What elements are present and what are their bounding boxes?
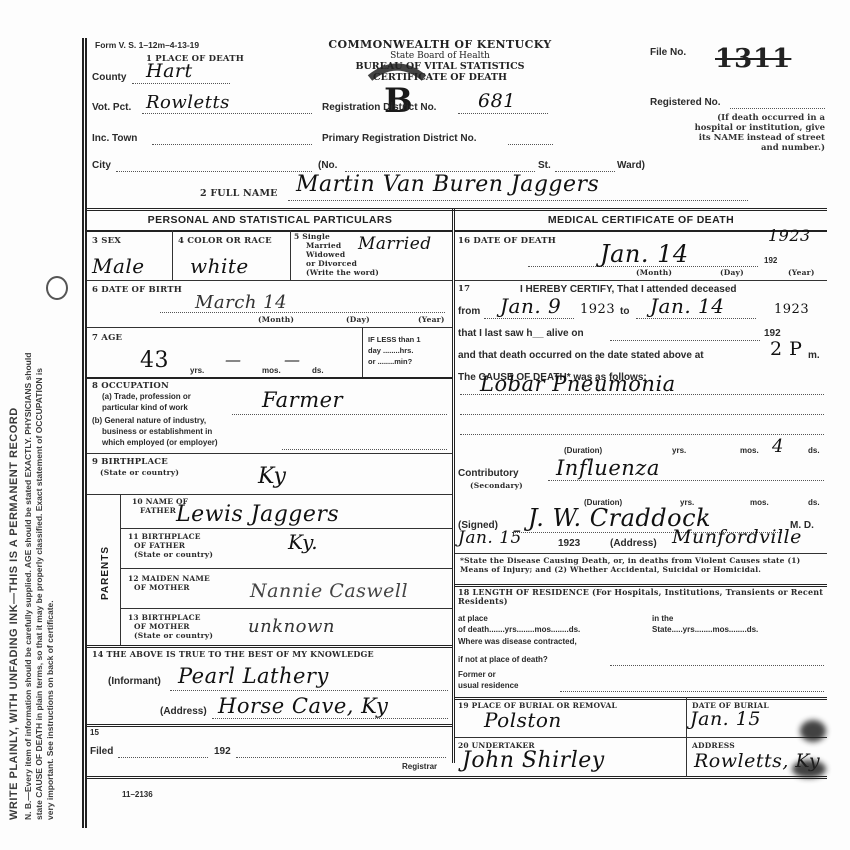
mother-maiden-value[interactable]: Nannie Caswell xyxy=(250,580,408,602)
of-death-label: of death.......yrs........mos........ds. xyxy=(458,625,580,634)
birthplace-label: 9 BIRTHPLACE xyxy=(92,457,168,467)
hospital-note: (If death occurred in a hospital or inst… xyxy=(690,113,825,153)
cause-line-2 xyxy=(460,414,824,415)
vot-pct-line xyxy=(142,113,312,114)
occupation-a-label: (a) Trade, profession or xyxy=(102,392,191,401)
sex-value[interactable]: Male xyxy=(92,254,145,278)
margin-line-3: state CAUSE OF DEATH in plain terms, so … xyxy=(34,30,45,820)
residence-heading: 18 LENGTH OF RESIDENCE (For Hospitals, I… xyxy=(458,588,826,606)
vot-pct-label: Vot. Pct. xyxy=(92,102,131,113)
divider xyxy=(455,697,827,700)
commonwealth-title: COMMONWEALTH OF KENTUCKY xyxy=(320,38,560,51)
margin-instructions: WRITE PLAINLY, WITH UNFADING INK—THIS IS… xyxy=(8,30,56,820)
undertaker-value[interactable]: John Shirley xyxy=(462,748,605,773)
mother-maiden-label-1: 12 MAIDEN NAME xyxy=(128,574,210,583)
form-number: Form V. S. 1–12m–4-13-19 xyxy=(95,40,199,50)
filed-number: 15 xyxy=(90,728,99,737)
age-ds-label: ds. xyxy=(312,366,324,375)
occupation-label: 8 OCCUPATION xyxy=(92,381,169,391)
death-month-label: (Month) xyxy=(636,268,672,277)
death-day-label: (Day) xyxy=(720,268,744,277)
death-year-printed: 192 xyxy=(764,256,777,265)
duration2-ds-label: ds. xyxy=(808,498,820,507)
medical-section-title: MEDICAL CERTIFICATE OF DEATH xyxy=(456,214,826,226)
father-birthplace-label-1: 11 BIRTHPLACE xyxy=(128,532,201,541)
county-value[interactable]: Hart xyxy=(146,60,193,82)
age-years-value[interactable]: 43 xyxy=(140,348,169,373)
occupation-b1-label: (b) General nature of industry, xyxy=(92,416,206,425)
parents-tab-label: PARENTS xyxy=(100,586,111,600)
not-at-place-label: if not at place of death? xyxy=(458,655,548,664)
father-birthplace-label-2: OF FATHER xyxy=(134,541,185,550)
last-saw-text: that I last saw h__ alive on xyxy=(458,328,584,339)
punch-hole-icon xyxy=(46,276,68,300)
mother-maiden-label-2: OF MOTHER xyxy=(134,583,190,592)
vot-pct-value[interactable]: Rowletts xyxy=(146,92,230,113)
city-label: City xyxy=(92,160,111,171)
occupation-value[interactable]: Farmer xyxy=(262,388,343,412)
death-year-label: (Year) xyxy=(788,268,815,277)
signed-address-label: (Address) xyxy=(610,538,657,549)
full-name-line xyxy=(288,200,748,201)
duration-ds-label: ds. xyxy=(808,446,820,455)
cause-line-3 xyxy=(460,434,824,435)
registered-no-line xyxy=(730,108,825,109)
registrar-line xyxy=(236,757,446,758)
signed-date-value[interactable]: Jan. 15 xyxy=(458,528,522,548)
less-than-day-1: IF LESS than 1 xyxy=(368,335,421,344)
signed-address-value[interactable]: Munfordville xyxy=(672,526,802,548)
primary-registration-line xyxy=(508,144,553,145)
in-the-label: in the xyxy=(652,614,673,623)
mother-birthplace-value[interactable]: unknown xyxy=(248,616,335,637)
race-label: 4 COLOR OR RACE xyxy=(178,236,272,246)
ward-label: Ward) xyxy=(617,160,645,171)
birthplace-value[interactable]: Ky xyxy=(258,464,286,489)
occurred-text: and that death occurred on the date stat… xyxy=(458,350,704,361)
county-line xyxy=(132,83,230,84)
occupation-a2-label: particular kind of work xyxy=(102,403,188,412)
dob-month-label: (Month) xyxy=(258,315,294,324)
father-birthplace-label-3: (State or country) xyxy=(134,550,213,559)
inc-town-line xyxy=(152,144,312,145)
date-of-death-label: 16 DATE OF DEATH xyxy=(458,236,556,246)
age-label: 7 AGE xyxy=(92,333,122,343)
marital-label-1: 5 Single xyxy=(294,232,330,241)
employer-line xyxy=(282,449,447,450)
contributory-label: Contributory xyxy=(458,468,519,479)
secondary-label: (Secondary) xyxy=(470,481,523,490)
registration-district-value[interactable]: 681 xyxy=(478,90,516,112)
mother-birthplace-label-1: 13 BIRTHPLACE xyxy=(128,613,201,622)
divider xyxy=(87,724,452,727)
to-value[interactable]: Jan. 14 xyxy=(650,294,725,318)
divider xyxy=(455,280,827,281)
informant-address-line xyxy=(212,718,448,719)
bureau-title: BUREAU OF VITAL STATISTICS xyxy=(320,61,560,72)
registration-district-label: Registration District No. xyxy=(322,102,436,113)
ink-smudge xyxy=(800,720,826,742)
divider xyxy=(362,327,363,377)
father-name-label-2: FATHER xyxy=(140,506,176,515)
burial-place-value[interactable]: Polston xyxy=(484,708,562,732)
marital-value[interactable]: Married xyxy=(358,234,432,254)
birthplace-sub-label: (State or country) xyxy=(100,468,179,477)
race-value[interactable]: white xyxy=(190,254,249,278)
filed-line xyxy=(118,757,208,758)
informant-address-value[interactable]: Horse Cave, Ky xyxy=(218,694,388,718)
margin-line-4: very important. See instructions on back… xyxy=(45,30,56,820)
age-days-value[interactable]: — xyxy=(284,350,301,369)
from-year[interactable]: 1923 xyxy=(580,302,615,317)
margin-line-1: WRITE PLAINLY, WITH UNFADING INK—THIS IS… xyxy=(8,30,23,820)
certify-number: 17 xyxy=(458,284,470,294)
divider xyxy=(120,568,452,569)
marital-label-3: Widowed xyxy=(306,250,345,259)
usual-residence-line xyxy=(560,691,824,692)
divider xyxy=(87,377,452,379)
mother-birthplace-label-3: (State or country) xyxy=(134,631,213,640)
last-saw-line xyxy=(610,340,760,341)
certificate-title: CERTIFICATE OF DEATH xyxy=(320,72,560,83)
burial-date-value[interactable]: Jan. 15 xyxy=(690,708,761,730)
from-value[interactable]: Jan. 9 xyxy=(500,294,561,318)
cause-value[interactable]: Lobar Pneumonia xyxy=(480,372,676,396)
duration2-mos-label: mos. xyxy=(750,498,769,507)
occupation-line xyxy=(232,414,447,415)
county-label: County xyxy=(92,72,126,83)
divider xyxy=(172,230,173,280)
undertaker-address-label: ADDRESS xyxy=(692,741,735,750)
ink-smudge xyxy=(792,760,826,778)
center-divider xyxy=(452,208,455,763)
contributory-value[interactable]: Influenza xyxy=(556,456,660,480)
filed-year: 192 xyxy=(214,746,231,757)
age-yrs-label: yrs. xyxy=(190,366,204,375)
usual-residence-label: usual residence xyxy=(458,681,518,690)
divider xyxy=(120,528,452,529)
filed-label: Filed xyxy=(90,746,113,757)
divider xyxy=(87,776,827,779)
registrar-label: Registrar xyxy=(402,762,437,771)
board-title: State Board of Health xyxy=(320,51,560,61)
primary-registration-label: Primary Registration District No. xyxy=(322,133,476,144)
father-name-value[interactable]: Lewis Jaggers xyxy=(176,502,339,527)
father-birthplace-value[interactable]: Ky. xyxy=(288,530,318,554)
divider xyxy=(87,453,452,454)
time-suffix: m. xyxy=(808,350,820,361)
divider xyxy=(290,230,291,280)
to-label: to xyxy=(620,306,629,317)
inc-town-label: Inc. Town xyxy=(92,133,137,144)
occupation-b3-label: which employed (or employer) xyxy=(102,438,218,447)
less-than-day-2: day ........hrs. xyxy=(368,346,413,355)
dob-label: 6 DATE OF BIRTH xyxy=(92,285,182,295)
file-no-value[interactable]: 1311 xyxy=(715,44,791,74)
left-border xyxy=(82,38,87,828)
footer-code: 11–2136 xyxy=(122,790,153,799)
divider xyxy=(87,230,452,232)
certificate-title-block: COMMONWEALTH OF KENTUCKY State Board of … xyxy=(320,38,560,83)
duration-days-value[interactable]: 4 xyxy=(772,436,784,457)
divider xyxy=(120,608,452,609)
full-name-value[interactable]: Martin Van Buren Jaggers xyxy=(296,172,599,197)
signed-year: 1923 xyxy=(558,538,580,549)
dob-value[interactable]: March 14 xyxy=(195,292,287,313)
informant-heading: 14 THE ABOVE IS TRUE TO THE BEST OF MY K… xyxy=(92,649,374,659)
to-line xyxy=(636,318,756,319)
marital-label-2: Married xyxy=(306,241,341,250)
cause-footnote: *State the Disease Causing Death, or, in… xyxy=(460,556,826,574)
death-certificate: WRITE PLAINLY, WITH UNFADING INK—THIS IS… xyxy=(0,0,850,850)
date-of-death-value[interactable]: Jan. 14 xyxy=(600,240,689,268)
registration-district-line xyxy=(458,113,548,114)
divider xyxy=(87,208,827,211)
street-label: St. xyxy=(538,160,551,171)
less-than-day-3: or ........min? xyxy=(368,357,412,366)
registered-no-label: Registered No. xyxy=(650,97,721,108)
mother-birthplace-label-2: OF MOTHER xyxy=(134,622,190,631)
informant-address-label: (Address) xyxy=(160,706,207,717)
occupation-b2-label: business or establishment in xyxy=(102,427,212,436)
marital-label-5: (Write the word) xyxy=(306,268,379,277)
time-of-death-value[interactable]: 2 P xyxy=(770,338,802,360)
dob-day-label: (Day) xyxy=(346,315,370,324)
former-label: Former or xyxy=(458,670,496,679)
not-at-place-line xyxy=(610,665,824,666)
duration-label: (Duration) xyxy=(564,446,602,455)
divider xyxy=(455,553,827,554)
at-place-label: at place xyxy=(458,614,488,623)
divider xyxy=(87,494,452,495)
contributory-line xyxy=(548,480,824,481)
city-line xyxy=(116,171,312,172)
duration-yrs-label: yrs. xyxy=(672,446,686,455)
dob-year-label: (Year) xyxy=(418,315,445,324)
personal-section-title: PERSONAL AND STATISTICAL PARTICULARS xyxy=(90,214,450,226)
divider xyxy=(87,280,452,281)
divider xyxy=(455,737,827,738)
contracted-label: Where was disease contracted, xyxy=(458,637,577,646)
divider xyxy=(120,494,121,646)
death-year-value[interactable]: 1923 xyxy=(768,226,811,245)
margin-line-2: N. B.—Every item of information should b… xyxy=(23,30,34,820)
street-no-label: (No. xyxy=(318,160,337,171)
informant-line xyxy=(170,690,448,691)
duration-mos-label: mos. xyxy=(740,446,759,455)
age-months-value[interactable]: — xyxy=(225,350,242,369)
divider xyxy=(87,327,452,328)
from-line xyxy=(484,318,574,319)
sex-label: 3 SEX xyxy=(92,236,121,246)
divider xyxy=(87,645,452,648)
informant-value[interactable]: Pearl Lathery xyxy=(178,664,329,688)
from-label: from xyxy=(458,306,480,317)
file-no-label: File No. xyxy=(650,47,686,58)
to-year[interactable]: 1923 xyxy=(774,302,809,317)
state-residence-label: State.....yrs........mos........ds. xyxy=(652,625,758,634)
informant-label: (Informant) xyxy=(108,676,161,687)
marital-label-4: or Divorced xyxy=(306,259,357,268)
full-name-label: 2 FULL NAME xyxy=(200,188,278,199)
age-mos-label: mos. xyxy=(262,366,281,375)
